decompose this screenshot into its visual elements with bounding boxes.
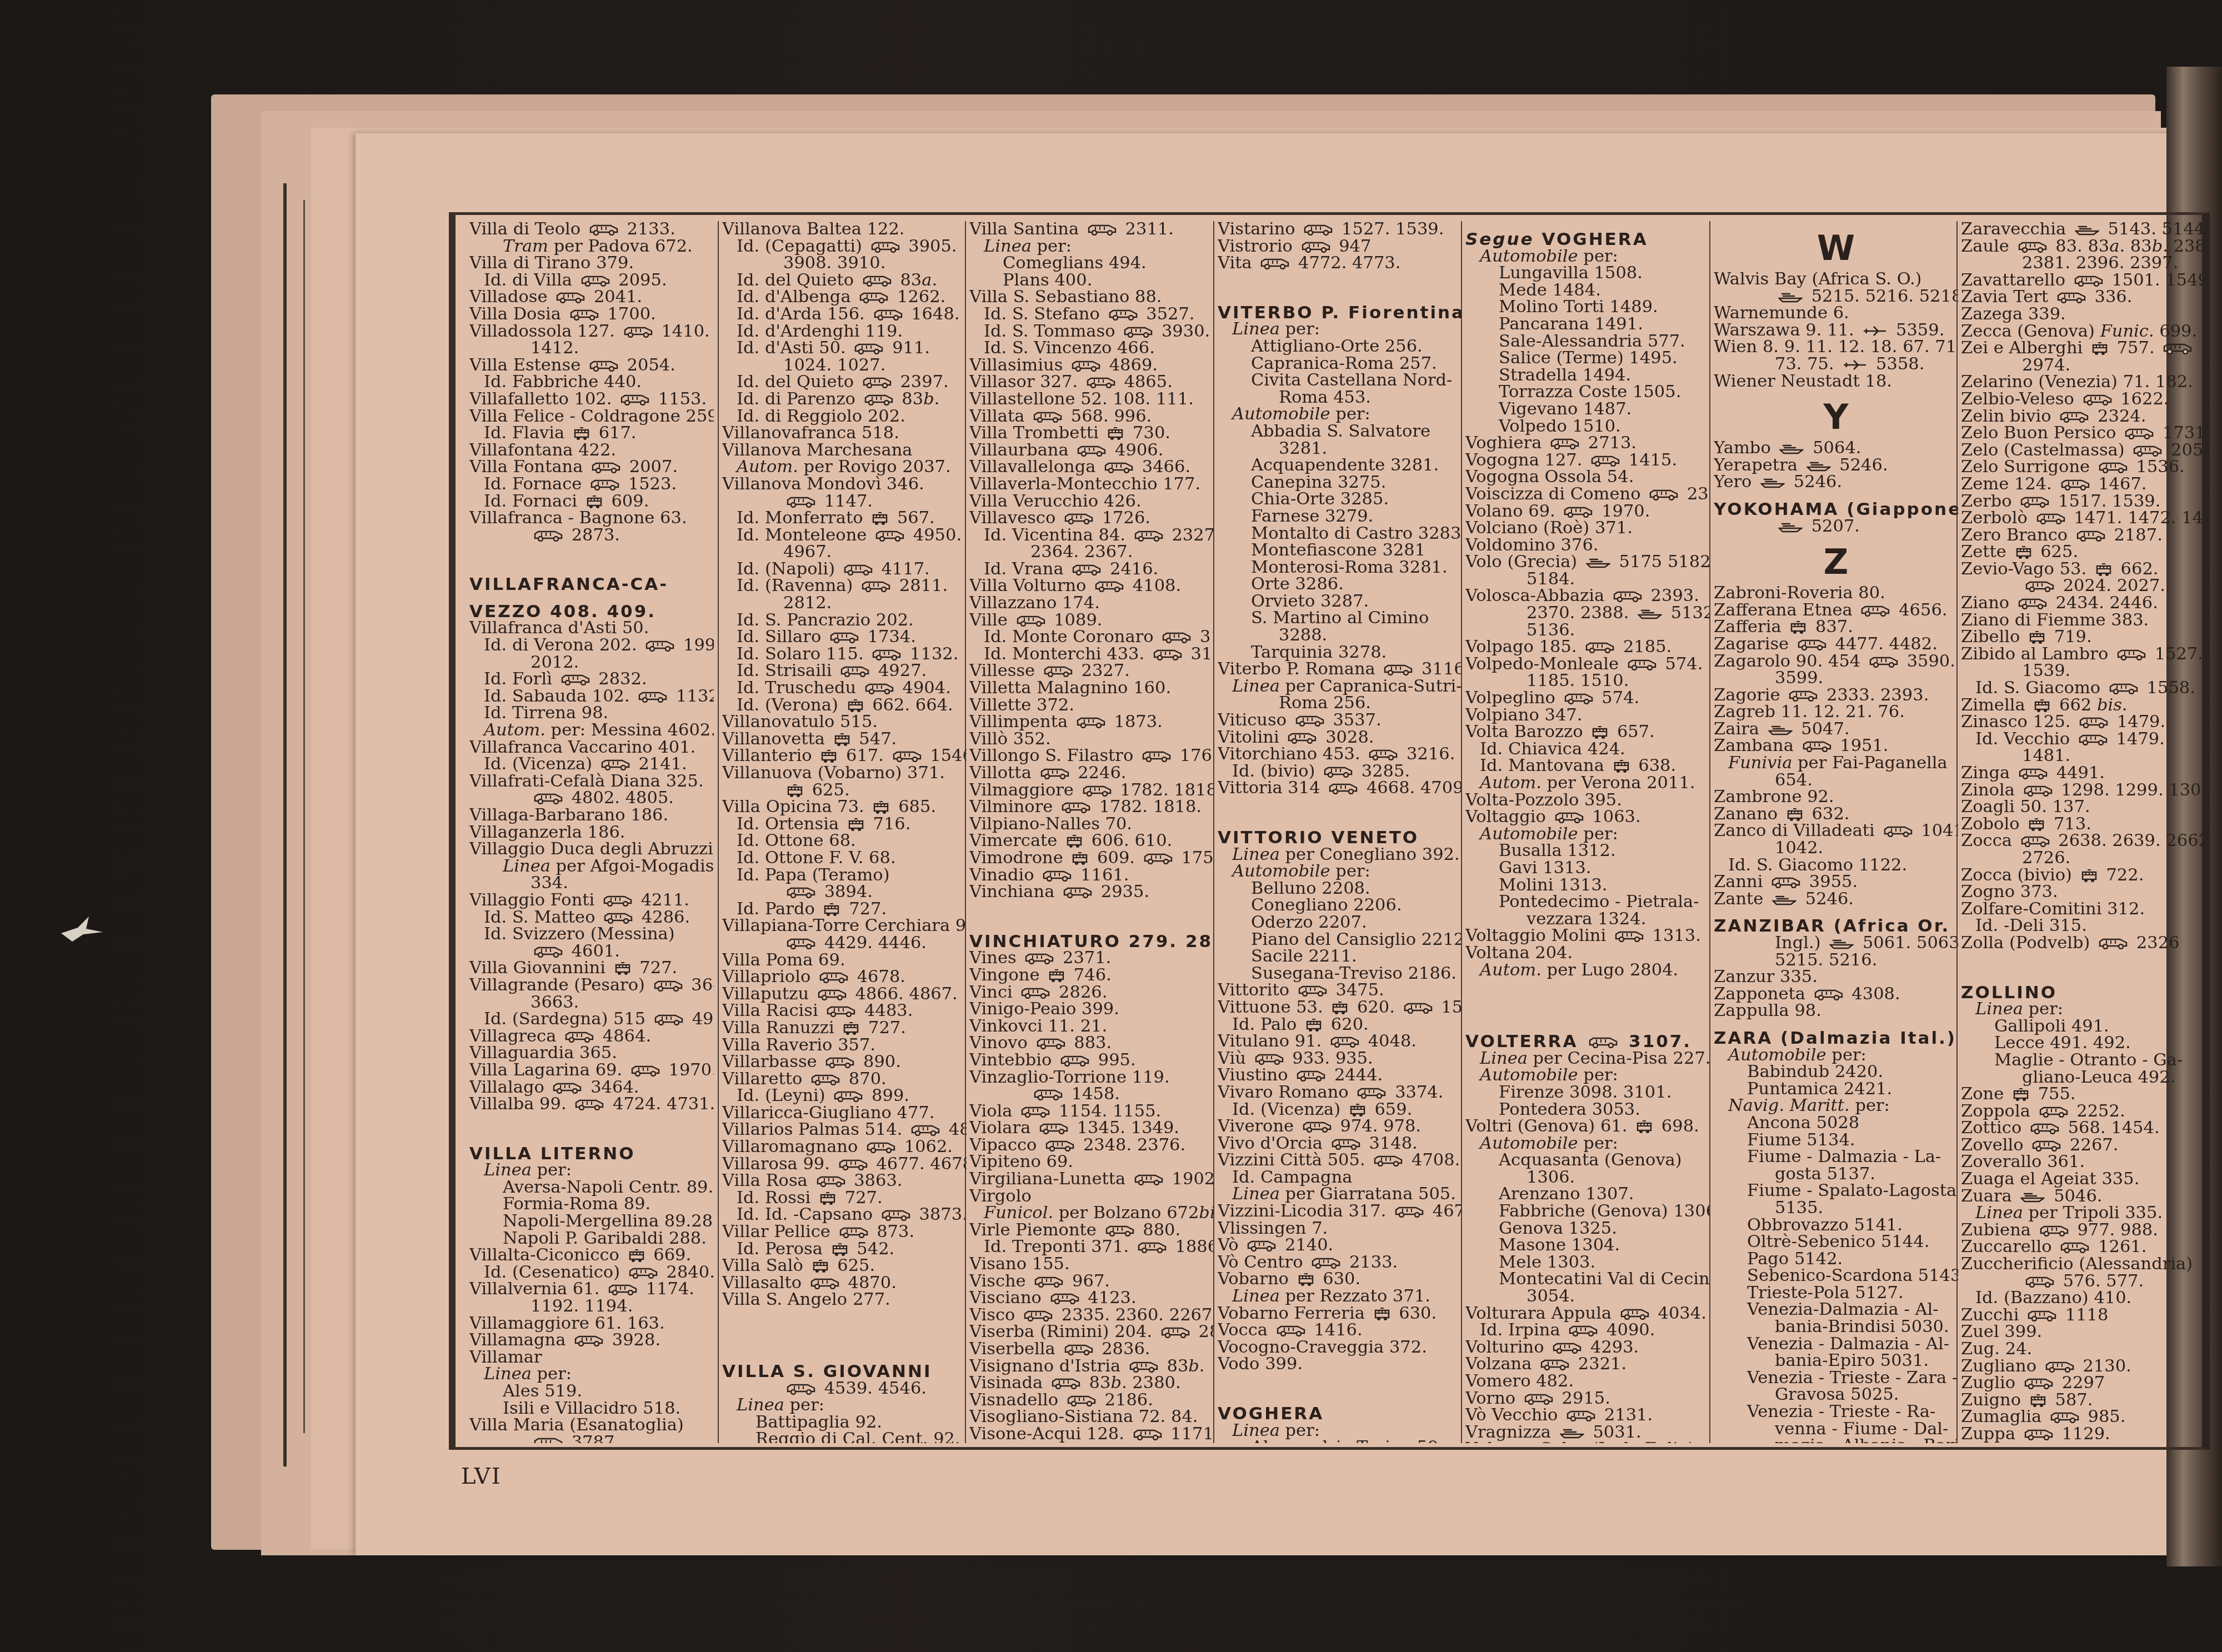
bus-icon	[2025, 1276, 2054, 1288]
bus-icon	[1052, 1378, 1080, 1389]
bus-icon	[1087, 377, 1115, 388]
index-entry: Id. S. Stefano 3527.	[969, 306, 1214, 323]
index-entry: Ales 519.	[469, 1383, 714, 1400]
index-entry: Linea per Cecina-Pisa 227.	[1465, 1050, 1710, 1068]
index-entry: Id. d'Albenga 1262.	[722, 289, 967, 306]
ship-icon	[2020, 1192, 2045, 1203]
bus-icon	[1144, 853, 1173, 864]
bus-icon	[2024, 1378, 2053, 1389]
index-entry: Pontedera 3053.	[1465, 1102, 1710, 1119]
index-entry: Aversa-Napoli Centr. 89.	[469, 1179, 714, 1197]
index-entry: Id. Monte Coronaro 3185.	[969, 629, 1214, 646]
index-entry: Vocca 1416.	[1218, 1322, 1462, 1339]
index-entry: Id. Monterchi 433. 3180	[969, 646, 1214, 663]
index-entry: Voltaggio 1063.	[1465, 809, 1710, 826]
index-entry: Zinasco 125. 1479.	[1961, 714, 2205, 731]
index-entry: Villar Pellice 873.	[722, 1224, 967, 1241]
index-entry: Villa Ranuzzi 727.	[722, 1020, 967, 1037]
index-entry: Vò Centro 2133.	[1218, 1254, 1462, 1271]
index-entry: Villafontana 422.	[469, 442, 714, 459]
index-entry: Id. Ottone F. V. 68.	[722, 850, 967, 867]
index-entry: Villapiana-Torre Cerchiara 95.	[722, 918, 967, 935]
index-entry: 73. 75. 5358.	[1714, 356, 1958, 373]
bus-icon	[1033, 412, 1062, 423]
bus-icon	[2083, 394, 2112, 406]
index-entry: Automobile per:	[1465, 826, 1710, 843]
bus-icon	[1312, 1258, 1340, 1269]
tram-icon	[1374, 1308, 1390, 1321]
index-entry: Vorno 2915.	[1465, 1390, 1710, 1408]
index-entry: Vizzini Città 505. 4708.	[1218, 1152, 1462, 1169]
index-entry: Virgiliana-Lunetta 1902.	[969, 1171, 1214, 1188]
index-entry: Visogliano-Sistiana 72. 84.	[969, 1409, 1214, 1426]
index-entry: Zuglio 2297	[1961, 1375, 2205, 1392]
index-entry: Villa Fontana 2007.	[469, 459, 714, 476]
bus-icon	[1247, 1240, 1276, 1251]
index-entry: Zuccherificio (Alessandria)	[1961, 1256, 2205, 1273]
index-entry: 4967.	[722, 544, 967, 561]
plane-icon	[1863, 326, 1887, 337]
index-entry: 2873.	[469, 527, 714, 544]
index-entry: Sacile 2211.	[1218, 948, 1462, 965]
index-entry: 2812.	[722, 595, 967, 612]
bus-icon	[811, 1074, 840, 1085]
index-entry: Villanova Mondovì 346.	[722, 476, 967, 493]
binding-edge-inner	[303, 200, 305, 1433]
index-entry: Viustino 2444.	[1218, 1067, 1462, 1084]
entry-text: Zaule	[1961, 237, 2015, 256]
index-entry: Napoli-Mergellina 89.288	[469, 1213, 714, 1230]
entry-text: 1581.	[1436, 998, 1462, 1017]
index-entry: Villafranca - Bagnone 63.	[469, 510, 714, 527]
index-entry: 576. 577.	[1961, 1273, 2205, 1290]
bus-icon	[1025, 953, 1054, 964]
index-entry: Villa Maria (Esanatoglia)	[469, 1417, 714, 1434]
entry-text: 4772. 4773.	[1293, 253, 1400, 273]
bus-icon	[1050, 1293, 1079, 1304]
entry-text: 574.	[1597, 688, 1640, 708]
tram-icon	[1066, 835, 1083, 848]
bus-icon	[1615, 931, 1644, 942]
index-entry: Zevio-Vago 53. 662.	[1961, 561, 2205, 578]
bus-icon	[1064, 1344, 1093, 1355]
index-entry: Visinada 83b. 2380.	[969, 1375, 1214, 1392]
entry-text: 1558.	[2141, 678, 2195, 698]
bus-icon	[2099, 462, 2128, 473]
index-entry: Susegana-Treviso 2186.	[1218, 965, 1462, 983]
index-entry: 1481.	[1961, 748, 2205, 765]
bus-icon	[1569, 1325, 1598, 1336]
bus-icon	[865, 683, 894, 694]
bus-icon	[1077, 717, 1105, 728]
index-entry: Vilmaggiore 1782. 1818.	[969, 782, 1214, 799]
alphabet-letter-heading: Y	[1714, 398, 1958, 437]
section-heading: VILLA LITERNO	[469, 1145, 714, 1163]
bus-icon	[787, 938, 815, 949]
entry-text: per Afgoi-Mogadiscio	[551, 857, 714, 876]
entry-text: 1479.	[2111, 729, 2165, 749]
bus-icon	[1861, 605, 1890, 617]
bus-icon	[862, 581, 890, 592]
bus-icon	[1404, 1003, 1433, 1014]
index-entry: Zone 755.	[1961, 1086, 2205, 1103]
index-entry: Gravosa 5025.	[1714, 1386, 1958, 1404]
index-entry: Voltaggio Molini 1313.	[1465, 928, 1710, 945]
bus-icon	[1021, 988, 1050, 999]
index-entry: Volta-Pozzolo 395.	[1465, 792, 1710, 809]
index-entry: Zuaga el Ageiat 335.	[1961, 1171, 2205, 1188]
index-entry: Zanzur 335.	[1714, 969, 1958, 986]
index-entry: Id. Truschedu 4904.	[722, 680, 967, 697]
bus-icon	[1045, 1140, 1074, 1152]
index-entry: Zovello 2267.	[1961, 1137, 2205, 1154]
index-entry: Volosca-Abbazia 2393.	[1465, 588, 1710, 605]
index-entry: Villette 372.	[969, 697, 1214, 714]
index-entry: 3281.	[1218, 440, 1462, 458]
bus-icon	[1044, 666, 1073, 677]
index-entry: Id. S. Matteo 4286.	[469, 909, 714, 927]
index-entry: Id. (bivio) 3285.	[1218, 763, 1462, 780]
index-entry: Villotta 2246.	[969, 765, 1214, 782]
entry-text: Wiener Neustadt 18.	[1714, 372, 1892, 391]
index-entry: Zoppola 2252.	[1961, 1103, 2205, 1120]
entry-text: 4668. 4709. 4713	[1361, 778, 1462, 798]
index-entry: Obbrovazzo 5141.	[1714, 1217, 1958, 1234]
index-entry: vezzara 1324.	[1465, 911, 1710, 928]
index-entry: Ziano di Fiemme 383.	[1961, 612, 2205, 629]
entry-text: 3905.	[903, 237, 957, 256]
bus-icon	[561, 674, 590, 685]
index-column-2: Villanova Baltea 122.Id. (Cepagatti) 390…	[722, 221, 967, 1443]
bus-icon	[893, 751, 922, 762]
index-entry: 3288.	[1218, 627, 1462, 644]
bus-icon	[2040, 1225, 2069, 1237]
index-entry: 654.	[1714, 772, 1958, 789]
bus-icon	[2099, 938, 2128, 949]
entry-text: Villa S. Angelo 277.	[722, 1290, 890, 1309]
spacer	[969, 901, 1214, 923]
bus-icon	[854, 343, 883, 354]
index-entry: Zagarolo 90. 454 3590.	[1714, 653, 1958, 670]
index-entry: Genova 1325.	[1465, 1220, 1710, 1238]
section-heading: ZOLLINO	[1961, 984, 2205, 1002]
index-entry: Id. Vecchio 1479.	[1961, 731, 2205, 748]
entry-text: 3180	[1185, 644, 1214, 664]
entry-text: 2321.	[1573, 1354, 1627, 1374]
bus-icon	[1288, 733, 1317, 744]
entry-text: Zocca	[1961, 831, 2018, 850]
bus-icon	[2076, 530, 2105, 542]
bus-icon	[2061, 479, 2090, 490]
bus-icon	[1304, 224, 1333, 236]
entry-text: 3787.	[566, 1433, 620, 1443]
index-entry: 5136.	[1465, 622, 1710, 639]
index-column-7: Zaravecchia 5143. 5144.Zaule 83. 83a. 83…	[1961, 221, 2205, 1443]
index-entry: 1042.	[1714, 840, 1958, 857]
index-entry: Id. Fornaci 609.	[469, 493, 714, 510]
index-entry: Villaputzu 4866. 4867.	[722, 986, 967, 1003]
index-entry: Zaira 5047.	[1714, 721, 1958, 738]
bus-icon	[1524, 1394, 1553, 1405]
bus-icon	[2079, 734, 2108, 745]
entry-text: 4950.	[908, 525, 962, 545]
bus-icon	[534, 793, 563, 804]
index-entry: Zuigno 587.	[1961, 1392, 2205, 1409]
bus-icon	[1062, 802, 1090, 813]
index-entry: Zinga 4491.	[1961, 765, 2205, 782]
index-entry: Linea per:	[969, 238, 1214, 256]
index-entry: Ingl.) 5061. 5063.	[1714, 935, 1958, 952]
bus-icon	[1077, 445, 1106, 457]
index-entry: Id. Id. -Capsano 3873.	[722, 1207, 967, 1224]
index-entry: Villa Poma 69.	[722, 952, 967, 969]
entry-text: Zuppino	[1961, 1441, 2037, 1443]
bus-icon	[2032, 1140, 2061, 1152]
entry-text: 1171.	[1165, 1424, 1214, 1443]
index-entry: Chia-Orte 3285.	[1218, 491, 1462, 508]
bus-icon	[1017, 615, 1045, 627]
section-heading: ZANZIBAR (Africa Or.	[1714, 918, 1958, 935]
index-entry: 4802. 4805.	[469, 790, 714, 807]
index-entry: Zagorie 2333. 2393.	[1714, 687, 1958, 704]
index-entry: Zelin bivio 2324.	[1961, 408, 2205, 425]
bus-icon	[1037, 1038, 1065, 1049]
index-entry: Alessandria-Torino 59.	[1218, 1439, 1462, 1443]
tram-icon	[1072, 852, 1088, 865]
index-entry: Id. Sillaro 1734.	[722, 629, 967, 646]
bus-icon	[1297, 1070, 1325, 1082]
bus-icon	[787, 1384, 815, 1395]
bus-icon	[629, 1268, 658, 1279]
index-entry: Ziano 2434. 2446.	[1961, 595, 2205, 612]
index-entry: Villafalletto 102. 1153.	[469, 391, 714, 408]
index-entry: Villagrande (Pesaro) 3641.	[469, 977, 714, 994]
bus-icon	[1124, 327, 1153, 338]
entry-text: Visso-Triponzo 439.	[969, 1441, 1138, 1443]
index-entry: Sale-Alessandria 577.	[1465, 333, 1710, 351]
ship-icon	[1778, 292, 1803, 303]
tram-icon	[2030, 1394, 2046, 1408]
index-entry: Villa Raverio 357.	[722, 1037, 967, 1054]
bus-icon	[1369, 749, 1398, 760]
bus-icon	[882, 1210, 910, 1221]
index-entry: Acquapendente 3281.	[1218, 457, 1462, 474]
tram-icon	[1332, 1002, 1348, 1015]
index-entry: Zimella 662 bis.	[1961, 697, 2205, 714]
index-entry: Fabbriche (Genova) 1306.	[1465, 1203, 1710, 1220]
index-entry: Zelo Buon Persico 1731.	[1961, 425, 2205, 442]
bus-icon	[2028, 1310, 2056, 1321]
bus-icon	[2018, 598, 2047, 609]
index-entry: Id. di Reggiolo 202.	[722, 408, 967, 425]
entry-text: 5246.	[1788, 472, 1842, 492]
index-entry: Zibello 719.	[1961, 629, 2205, 646]
tram-icon	[1107, 427, 1124, 440]
tram-icon	[1790, 621, 1806, 634]
index-entry: Zapponeta 4308.	[1714, 986, 1958, 1003]
tram-icon	[787, 784, 803, 798]
index-entry: Vittuone 53. 620. 1581.	[1218, 999, 1462, 1017]
index-entry: Villarbasse 890.	[722, 1054, 967, 1071]
bus-icon	[1034, 1276, 1063, 1288]
index-entry: Zambana 1951.	[1714, 738, 1958, 755]
paper-debris	[56, 911, 106, 944]
index-entry: Villaganzerla 186.	[469, 824, 714, 842]
section-heading: VITTORIO VENETO	[1218, 829, 1462, 847]
entry-text: Reggio di Cal. Cent. 92.	[755, 1429, 960, 1443]
tram-icon	[872, 512, 888, 525]
index-entry: Maglie - Otranto - Ga-	[1961, 1052, 2205, 1069]
bus-icon	[1134, 530, 1163, 542]
index-entry: Automobile per:	[1465, 248, 1710, 266]
tram-icon	[812, 1260, 829, 1273]
entry-text: 1648.	[906, 304, 960, 324]
bus-icon	[827, 1006, 855, 1017]
bus-icon	[2025, 581, 2054, 592]
index-entry: Zeme 124. 1467.	[1961, 476, 2205, 493]
entry-text: 2638. 2639. 2662.	[2053, 831, 2205, 850]
tram-icon	[1349, 1104, 1366, 1117]
spacer	[469, 1113, 714, 1135]
index-entry: Visano 155.	[969, 1256, 1214, 1273]
spacer	[1465, 979, 1710, 1001]
index-entry: Zelarino (Venezia) 71. 182.	[1961, 374, 2205, 391]
tram-icon	[873, 801, 889, 814]
index-entry: Viterbo P. Romana 3116.	[1218, 661, 1462, 678]
bus-icon	[1540, 1359, 1569, 1370]
index-entry: Villasalto 4870.	[722, 1275, 967, 1292]
index-entry: Villanuova (Vobarno) 371.	[722, 765, 967, 782]
tram-icon	[848, 818, 864, 832]
index-entry: Villagreca 4864.	[469, 1028, 714, 1045]
entry-text: 4179.	[2073, 1441, 2126, 1443]
entry-text: 2327.	[1167, 525, 1214, 545]
index-entry: Villasor 327. 4865.	[969, 374, 1214, 391]
index-entry: Abbadia S. Salvatore	[1218, 423, 1462, 440]
index-entry: Volano 69. 1970.	[1465, 503, 1710, 520]
bus-icon	[911, 1125, 940, 1136]
bus-icon	[1330, 1037, 1359, 1048]
index-entry: Vita 4772. 4773.	[1218, 255, 1462, 272]
index-entry: Wiener Neustadt 18.	[1714, 373, 1958, 391]
entry-text: 2935.	[1095, 882, 1149, 902]
index-entry: Lungavilla 1508.	[1465, 265, 1710, 282]
index-entry: Torrazza Coste 1505.	[1465, 384, 1710, 401]
index-entry: Autom. per Lugo 2804.	[1465, 962, 1710, 979]
index-entry: Villimpenta 1873.	[969, 714, 1214, 731]
ship-icon	[1586, 557, 1610, 568]
entry-text: 1765.	[1174, 746, 1214, 765]
bus-icon	[839, 1159, 868, 1170]
index-entry: Villaguardia 365.	[469, 1045, 714, 1062]
index-entry: Id. Rossi 727.	[722, 1190, 967, 1207]
bus-icon	[1295, 715, 1324, 727]
tram-icon	[2028, 818, 2045, 832]
spacer	[722, 1331, 967, 1353]
index-entry: 1185. 1510.	[1465, 673, 1710, 690]
index-entry: Gallipoli 491.	[1961, 1018, 2205, 1035]
index-entry: Linea per:	[1218, 1423, 1462, 1440]
index-entry: Funivia per Fai-Paganella	[1714, 755, 1958, 772]
index-entry: Villarosa 99. 4677. 4678.	[722, 1156, 967, 1173]
index-entry: Zobolo 713.	[1961, 816, 2205, 833]
bus-icon	[2060, 412, 2089, 423]
index-entry: Violara 1345. 1349.	[969, 1120, 1214, 1137]
tram-icon	[843, 1022, 859, 1035]
bus-icon	[1798, 639, 1826, 650]
index-entry: Vische 967.	[969, 1273, 1214, 1290]
index-entry: Id. Flavia 617.	[469, 425, 714, 442]
index-entry: Zottico 568. 1454.	[1961, 1120, 2205, 1137]
section-heading: VOLTERRA 3107.	[1465, 1033, 1710, 1050]
ship-icon	[1806, 460, 1831, 472]
index-entry: Villasimius 4869.	[969, 357, 1214, 374]
index-entry: 5207.	[1714, 518, 1958, 535]
entry-text: S. Martino al Cimino	[1251, 608, 1429, 628]
index-entry: Villa S. Sebastiano 88.	[969, 289, 1214, 306]
bus-icon	[1039, 1123, 1068, 1134]
index-entry: Id. (Bazzano) 410.	[1961, 1290, 2205, 1307]
index-entry: Id. (Verona) 662. 664.	[722, 697, 967, 714]
bus-icon	[871, 242, 900, 253]
index-entry: Villa Lagarina 69. 1970.	[469, 1062, 714, 1079]
index-entry: Voltana 204.	[1465, 945, 1710, 962]
index-entry: Villaggio Duca degli Abruzzi	[469, 841, 714, 858]
bus-icon	[1303, 1122, 1332, 1133]
bus-icon	[1302, 242, 1330, 253]
index-entry: Id. d'Ardenghi 119.	[722, 323, 967, 341]
index-entry: Villaurbana 4906.	[969, 442, 1214, 459]
entry-text: 1527.	[2149, 644, 2203, 664]
ship-icon	[1638, 608, 1662, 619]
index-entry: Villa Salò 625.	[722, 1258, 967, 1275]
index-entry: 3054.	[1465, 1288, 1710, 1305]
index-entry: 1192. 1194.	[469, 1298, 714, 1315]
bus-icon	[1814, 989, 1843, 1000]
index-entry: Volta Barozzo 657.	[1465, 724, 1710, 741]
bus-icon	[1095, 581, 1124, 592]
bus-icon	[2163, 343, 2192, 354]
bus-icon	[819, 972, 848, 983]
index-entry: Conegliano 2206.	[1218, 897, 1462, 914]
entry-text: 1313.	[1647, 926, 1701, 945]
bus-icon	[1550, 438, 1579, 449]
entry-text: 1886.	[1170, 1237, 1214, 1256]
entry-text: Vittoria 314	[1218, 778, 1325, 798]
index-entry: Comeglians 494.	[969, 255, 1214, 272]
index-entry: Orte 3286.	[1218, 576, 1462, 593]
index-entry: Venezia-Dalmazia - Al-	[1714, 1301, 1958, 1319]
index-entry: Villaverla-Montecchio 177.	[969, 476, 1214, 493]
index-entry: Villadossola 127. 1410.	[469, 323, 714, 341]
index-entry: Villa di Teolo 2133.	[469, 221, 714, 238]
index-entry: Mele 1303.	[1465, 1254, 1710, 1271]
index-entry: Visnadello 2186.	[969, 1392, 1214, 1409]
index-entry: Pancarana 1491.	[1465, 316, 1710, 333]
entry-text: 5175 5182.	[1614, 552, 1710, 572]
entry-text: 3873.	[914, 1205, 967, 1224]
bus-icon	[2024, 1429, 2053, 1440]
column-divider	[718, 221, 719, 1443]
entry-text: 2326	[2131, 933, 2179, 953]
index-entry: Autom. per Rovigo 2037.	[722, 459, 967, 476]
index-entry: Id. S. Tommaso 3930.	[969, 323, 1214, 341]
index-entry: Id. -Deli 315.	[1961, 918, 2205, 935]
tram-icon	[1786, 808, 1803, 822]
entry-text: 3930.	[1156, 322, 1210, 341]
index-entry: mazia - Albania - Bari	[1714, 1438, 1958, 1443]
index-column-5: Segue VOGHERAAutomobile per: Lungavilla …	[1465, 221, 1710, 1443]
